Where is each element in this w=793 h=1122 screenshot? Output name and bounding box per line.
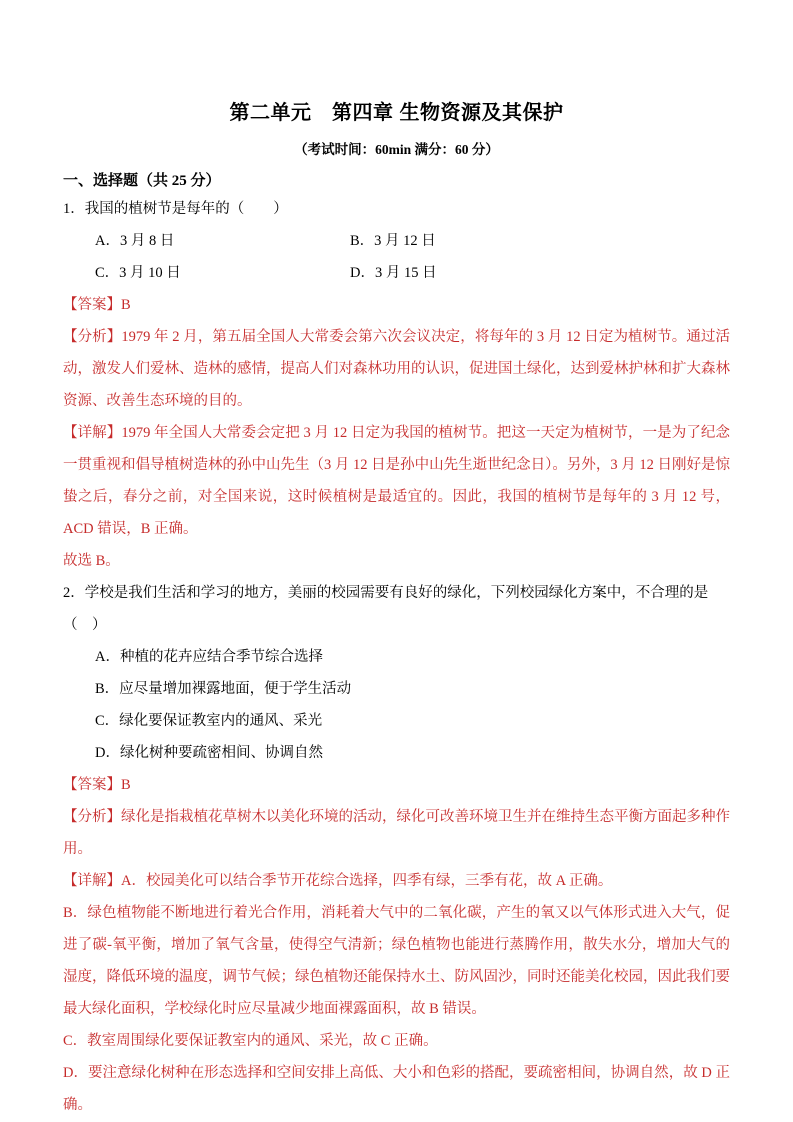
question-1: 1．我国的植树节是每年的（ ） A．3 月 8 日 B．3 月 12 日 C．3… [63, 193, 730, 577]
answer-label: 【答案】 [63, 297, 121, 313]
question-1-options: A．3 月 8 日 B．3 月 12 日 C．3 月 10 日 D．3 月 15… [63, 225, 730, 289]
question-1-option-d: D．3 月 15 日 [350, 257, 730, 289]
section-heading: 一、选择题（共 25 分） [63, 169, 730, 193]
question-2-stem: 2．学校是我们生活和学习的地方，美丽的校园需要有良好的绿化，下列校园绿化方案中，… [63, 577, 730, 641]
answer-value: B [121, 297, 131, 313]
question-2-answer: 【答案】B [63, 769, 730, 801]
question-2-options: A．种植的花卉应结合季节综合选择 B．应尽量增加裸露地面，便于学生活动 C．绿化… [63, 641, 730, 769]
question-2-analysis: 【分析】绿化是指栽植花草树木以美化环境的活动，绿化可改善环境卫生并在维持生态平衡… [63, 801, 730, 865]
question-1-option-c: C．3 月 10 日 [95, 257, 350, 289]
question-1-stem: 1．我国的植树节是每年的（ ） [63, 193, 730, 225]
question-2: 2．学校是我们生活和学习的地方，美丽的校园需要有良好的绿化，下列校园绿化方案中，… [63, 577, 730, 1121]
question-2-option-d: D．绿化树种要疏密相间、协调自然 [95, 737, 730, 769]
answer-label: 【答案】 [63, 777, 121, 793]
exam-title: 第二单元 第四章 生物资源及其保护 [63, 100, 730, 127]
question-2-detail-b: B．绿色植物能不断地进行着光合作用，消耗着大气中的二氧化碳，产生的氧又以气体形式… [63, 897, 730, 1025]
question-1-option-b: B．3 月 12 日 [350, 225, 730, 257]
question-2-detail-d: D．要注意绿化树种在形态选择和空间安排上高低、大小和色彩的搭配，要疏密相间，协调… [63, 1057, 730, 1121]
question-2-detail-c: C．教室周围绿化要保证教室内的通风、采光，故 C 正确。 [63, 1025, 730, 1057]
question-1-detail: 【详解】1979 年全国人大常委会定把 3 月 12 日定为我国的植树节。把这一… [63, 417, 730, 545]
question-2-detail-a: 【详解】A．校园美化可以结合季节开花综合选择，四季有绿，三季有花，故 A 正确。 [63, 865, 730, 897]
question-2-option-a: A．种植的花卉应结合季节综合选择 [95, 641, 730, 673]
answer-value: B [121, 777, 131, 793]
question-2-option-c: C．绿化要保证教室内的通风、采光 [95, 705, 730, 737]
question-1-option-a: A．3 月 8 日 [95, 225, 350, 257]
question-2-option-b: B．应尽量增加裸露地面，便于学生活动 [95, 673, 730, 705]
question-1-answer: 【答案】B [63, 289, 730, 321]
exam-info: （考试时间：60min 满分：60 分） [63, 140, 730, 160]
exam-paper-page: 第二单元 第四章 生物资源及其保护 （考试时间：60min 满分：60 分） 一… [0, 0, 793, 1122]
question-1-analysis: 【分析】1979 年 2 月，第五届全国人大常委会第六次会议决定，将每年的 3 … [63, 321, 730, 417]
question-1-conclusion: 故选 B。 [63, 545, 730, 577]
